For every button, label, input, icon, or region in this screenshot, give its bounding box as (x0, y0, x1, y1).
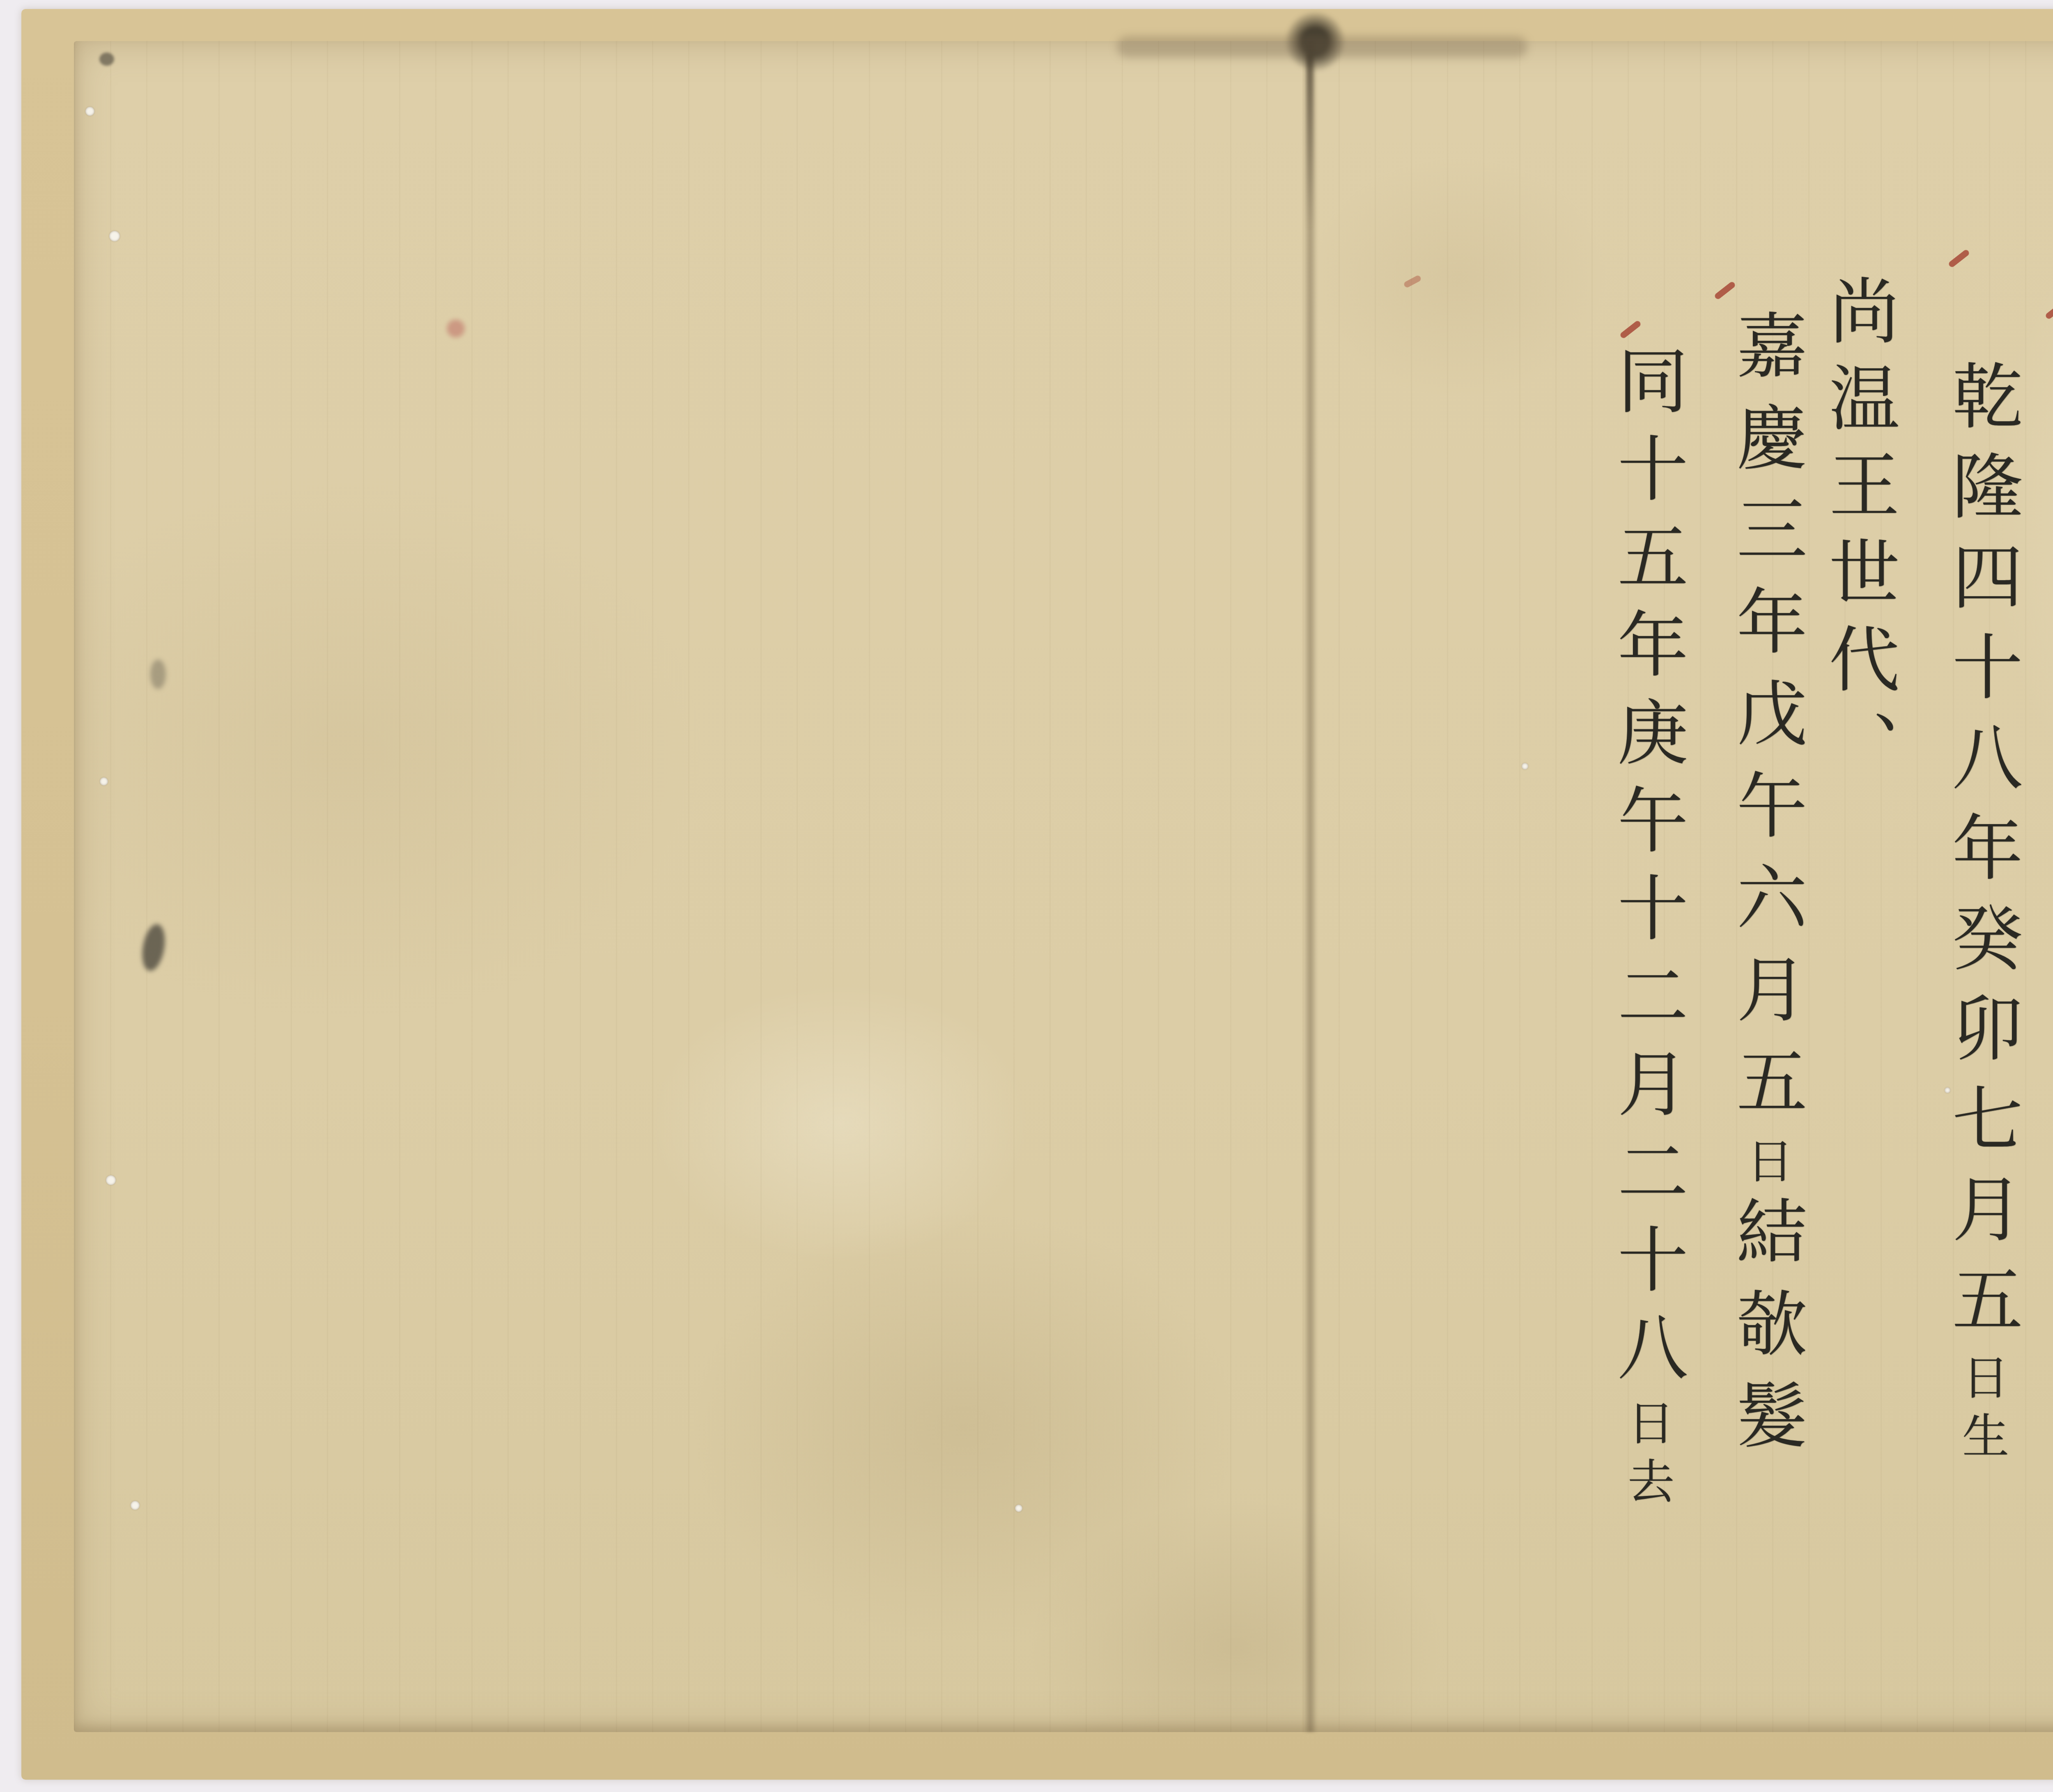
column-text: 嘉慶三年戊午六月五 (1725, 309, 1807, 1137)
text-column-parents-brother: 父母同兄常經 (2040, 359, 2053, 941)
scanned-manuscript-page: { "document": { "type": "genealogy-regis… (0, 0, 2053, 1792)
paper-speck (1522, 763, 1528, 770)
worm-hole (106, 1175, 116, 1185)
center-fold-crease (1303, 41, 1317, 1732)
column-text-small: 日去 (1620, 1399, 1674, 1515)
top-edge-shadow (1117, 36, 1527, 57)
worm-hole (109, 231, 120, 241)
fold-ink-drip (1307, 53, 1313, 230)
text-column-death-date: 同十五年庚午十二月二十八日去 (1596, 344, 1698, 1515)
worm-hole (131, 1501, 140, 1510)
column-text: 尚温王世代、 (1817, 274, 1900, 797)
ink-smudge (99, 53, 114, 66)
column-text-small: 日 (1739, 1137, 1794, 1195)
column-text: 結欹髮 (1725, 1195, 1807, 1471)
text-column-royal-reign: 尚温王世代、 (1808, 274, 1909, 797)
red-blot (444, 317, 467, 340)
paper-speck (1945, 1087, 1950, 1093)
column-text: 父母同兄常經 (2049, 359, 2053, 941)
paper-speck (1015, 1505, 1022, 1512)
column-text: 同十五年庚午十二月二十八 (1606, 344, 1688, 1399)
ink-smudge (150, 659, 166, 689)
column-text: 乾隆四十八年癸卯七月五 (1940, 359, 2023, 1353)
worm-hole (100, 777, 108, 786)
text-column-hair-binding: 嘉慶三年戊午六月五日結欹髮 (1715, 309, 1817, 1471)
worm-hole (85, 107, 94, 116)
column-text-small: 日生 (1954, 1353, 2009, 1470)
text-column-birth-date: 乾隆四十八年癸卯七月五日生 (1931, 359, 2032, 1470)
